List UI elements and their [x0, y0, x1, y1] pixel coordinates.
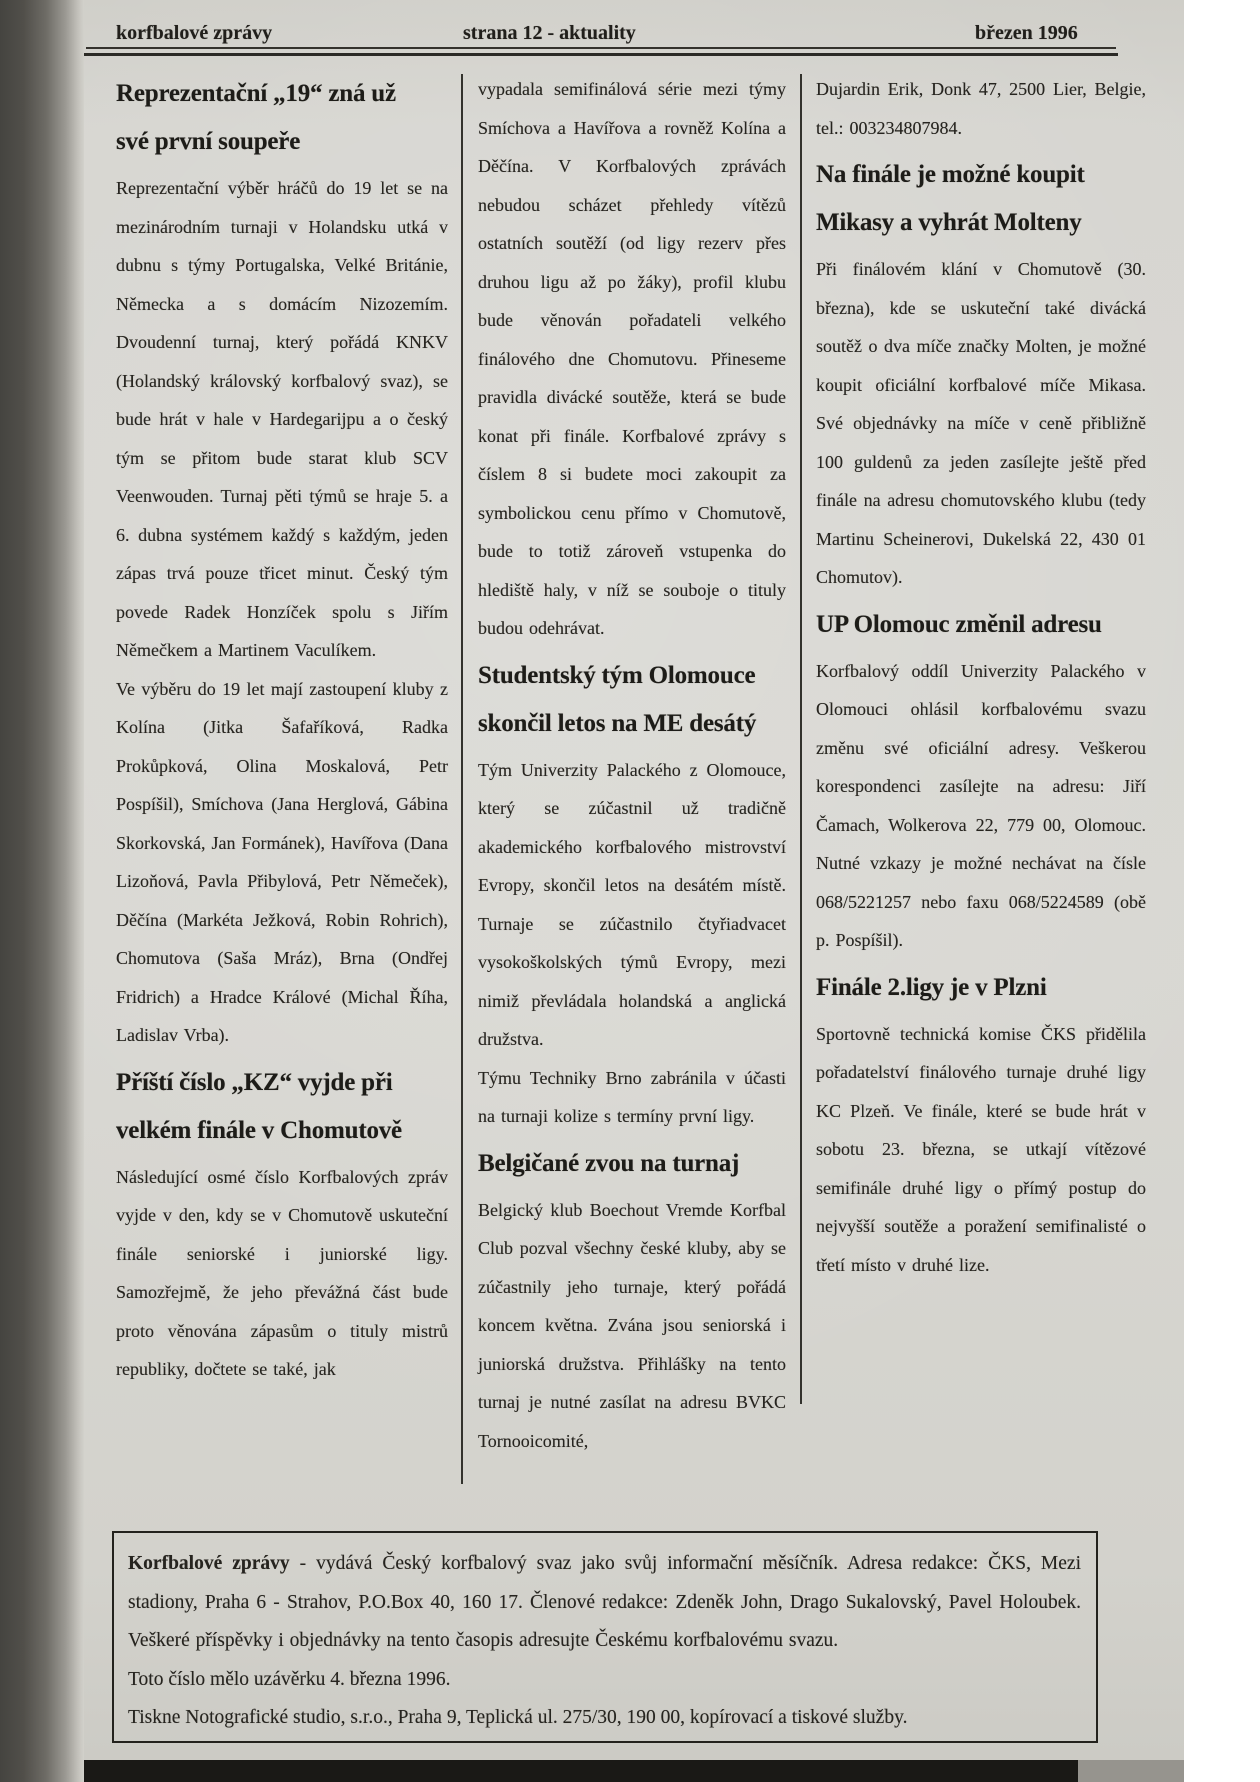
- heading-line: skončil letos na ME desátý: [478, 700, 786, 748]
- heading-line: Mikasy a vyhrát Molteny: [816, 199, 1146, 247]
- article-paragraph: Korfbalový oddíl Univerzity Palackého v …: [816, 652, 1146, 960]
- column-divider: [800, 74, 802, 1404]
- imprint-deadline: Toto číslo mělo uzávěrku 4. března 1996.: [128, 1661, 1081, 1700]
- scan-edge-left: [0, 0, 84, 1782]
- imprint-masthead-title: Korfbalové zprávy: [128, 1553, 290, 1574]
- issue-date: březen 1996: [975, 22, 1078, 45]
- article-heading: Finále 2.ligy je v Plzni: [816, 964, 1146, 1012]
- newsletter-title: korfbalové zprávy: [116, 22, 272, 45]
- article-heading: Příští číslo „KZ“ vyjde při velkém finál…: [116, 1059, 448, 1155]
- article-paragraph: Při finálovém klání v Chomutově (30. bře…: [816, 250, 1146, 597]
- imprint-printer: Tiskne Notografické studio, s.r.o., Prah…: [128, 1699, 1081, 1738]
- article-heading: Reprezentační „19“ zná už své první soup…: [116, 70, 448, 166]
- article-paragraph: Belgický klub Boechout Vremde Korfbal Cl…: [478, 1191, 786, 1461]
- scanned-newsletter-page: { "header": { "left": "korfbalové zprávy…: [0, 0, 1260, 1782]
- article-heading: Studentský tým Olomouce skončil letos na…: [478, 652, 786, 748]
- article-heading: Na finále je možné koupit Mikasy a vyhrá…: [816, 151, 1146, 247]
- article-paragraph: Tým Univerzity Palackého z Olomouce, kte…: [478, 751, 786, 1059]
- header-rule-bottom: [84, 53, 1118, 56]
- article-paragraph: Reprezentační výběr hráčů do 19 let se n…: [116, 169, 448, 670]
- scan-edge-bottom-right: [1078, 1760, 1184, 1782]
- heading-line: Na finále je možné koupit: [816, 151, 1146, 199]
- heading-line: Studentský tým Olomouce: [478, 652, 786, 700]
- article-paragraph: Sportovně technická komise ČKS přidělila…: [816, 1015, 1146, 1285]
- column-2: vypadala semifinálová série mezi týmy Sm…: [478, 70, 786, 1460]
- article-paragraph: Ve výběru do 19 let mají zastoupení klub…: [116, 670, 448, 1055]
- article-paragraph-continuation: Dujardin Erik, Donk 47, 2500 Lier, Belgi…: [816, 70, 1146, 147]
- heading-line: Belgičané zvou na turnaj: [478, 1140, 786, 1188]
- article-heading: Belgičané zvou na turnaj: [478, 1140, 786, 1188]
- header-rule-top: [86, 47, 1116, 49]
- heading-line: Příští číslo „KZ“ vyjde při: [116, 1059, 448, 1107]
- article-paragraph: Týmu Techniky Brno zabránila v účasti na…: [478, 1059, 786, 1136]
- article-paragraph: Následující osmé číslo Korfbalových zprá…: [116, 1158, 448, 1389]
- heading-line: Finále 2.ligy je v Plzni: [816, 964, 1146, 1012]
- imprint-masthead: Korfbalové zprávy - vydává Český korfbal…: [128, 1545, 1081, 1661]
- imprint-box: Korfbalové zprávy - vydává Český korfbal…: [112, 1531, 1098, 1743]
- article-paragraph-continuation: vypadala semifinálová série mezi týmy Sm…: [478, 70, 786, 648]
- heading-line: velkém finále v Chomutově: [116, 1107, 448, 1155]
- column-divider: [461, 74, 463, 1484]
- article-heading: UP Olomouc změnil adresu: [816, 601, 1146, 649]
- page-number-section: strana 12 - aktuality: [463, 22, 636, 45]
- heading-line: Reprezentační „19“ zná už: [116, 70, 448, 118]
- scan-edge-bottom: [84, 1760, 1078, 1782]
- heading-line: své první soupeře: [116, 118, 448, 166]
- column-1: Reprezentační „19“ zná už své první soup…: [116, 70, 448, 1389]
- column-3: Dujardin Erik, Donk 47, 2500 Lier, Belgi…: [816, 70, 1146, 1284]
- heading-line: UP Olomouc změnil adresu: [816, 601, 1146, 649]
